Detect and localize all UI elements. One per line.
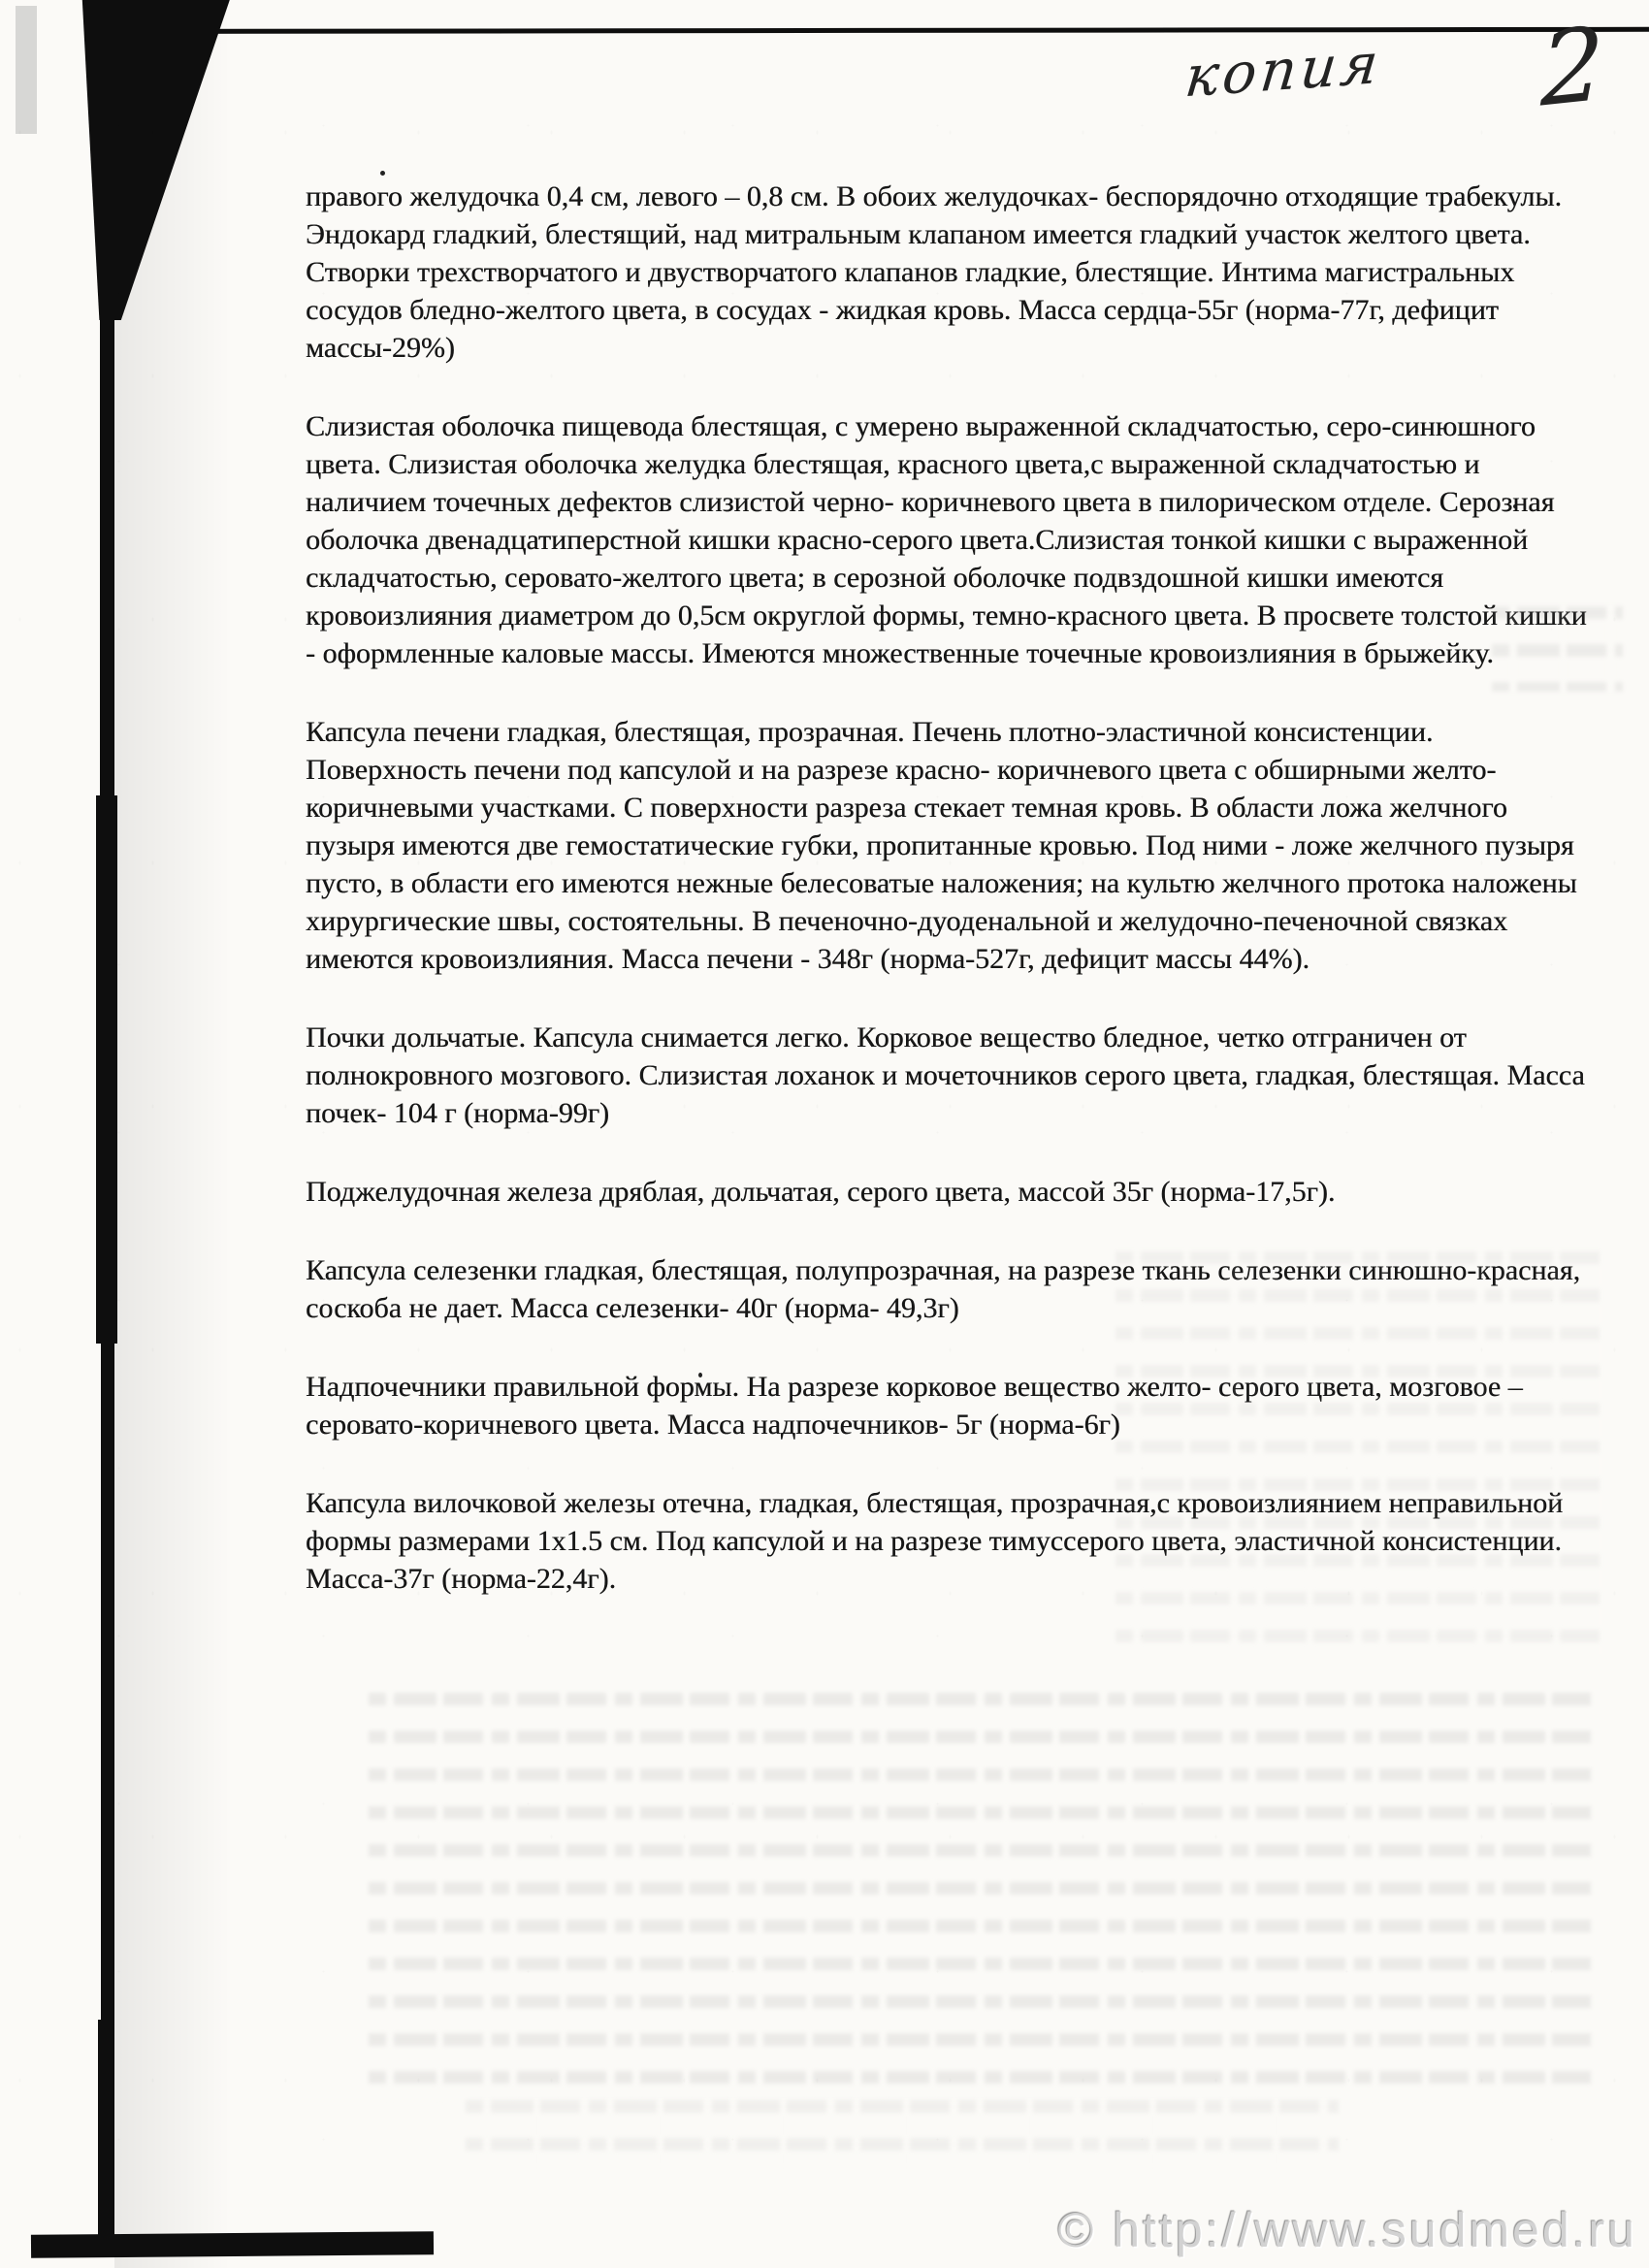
watermark-url: © http://www.sudmed.ru xyxy=(1058,2202,1638,2258)
scan-artifact-bottom-strip xyxy=(31,2231,434,2258)
scan-shadow-gradient xyxy=(114,0,231,2268)
paragraph-adrenals: Надпочечники правильной формы. На разрез… xyxy=(306,1368,1596,1443)
scan-artifact-left-streak xyxy=(98,2020,114,2252)
scanned-document-page: копия 2 правого желудочка 0,4 см, левого… xyxy=(0,0,1649,2268)
bleed-through-ghost-text xyxy=(369,1693,1591,2100)
paragraph-liver: Капсула печени гладкая, блестящая, прозр… xyxy=(306,713,1596,978)
scan-artifact-left-streak xyxy=(96,795,117,1344)
paragraph-spleen: Капсула селезенки гладкая, блестящая, по… xyxy=(306,1251,1596,1327)
scan-artifact-top-line xyxy=(113,27,1649,34)
handwritten-copy-note: копия xyxy=(1182,30,1385,111)
paragraph-gastrointestinal: Слизистая оболочка пищевода блестящая, с… xyxy=(306,407,1596,672)
scan-artifact-left-gray-strip xyxy=(16,6,37,134)
scan-artifact-left-streak xyxy=(101,1339,114,2027)
bleed-through-ghost-text xyxy=(466,2100,1339,2168)
paragraph-thymus: Капсула вилочковой железы отечна, гладка… xyxy=(306,1484,1596,1598)
paragraph-heart: правого желудочка 0,4 см, левого – 0,8 с… xyxy=(306,178,1596,367)
paragraph-kidneys: Почки дольчатые. Капсула снимается легко… xyxy=(306,1019,1596,1132)
report-text-block: правого желудочка 0,4 см, левого – 0,8 с… xyxy=(306,178,1596,1638)
scan-artifact-corner-wedge xyxy=(78,0,233,320)
paragraph-pancreas: Поджелудочная железа дряблая, дольчатая,… xyxy=(306,1173,1596,1211)
scan-speck xyxy=(380,171,385,176)
handwritten-page-number: 2 xyxy=(1540,4,1604,130)
scan-artifact-left-streak xyxy=(100,312,114,802)
